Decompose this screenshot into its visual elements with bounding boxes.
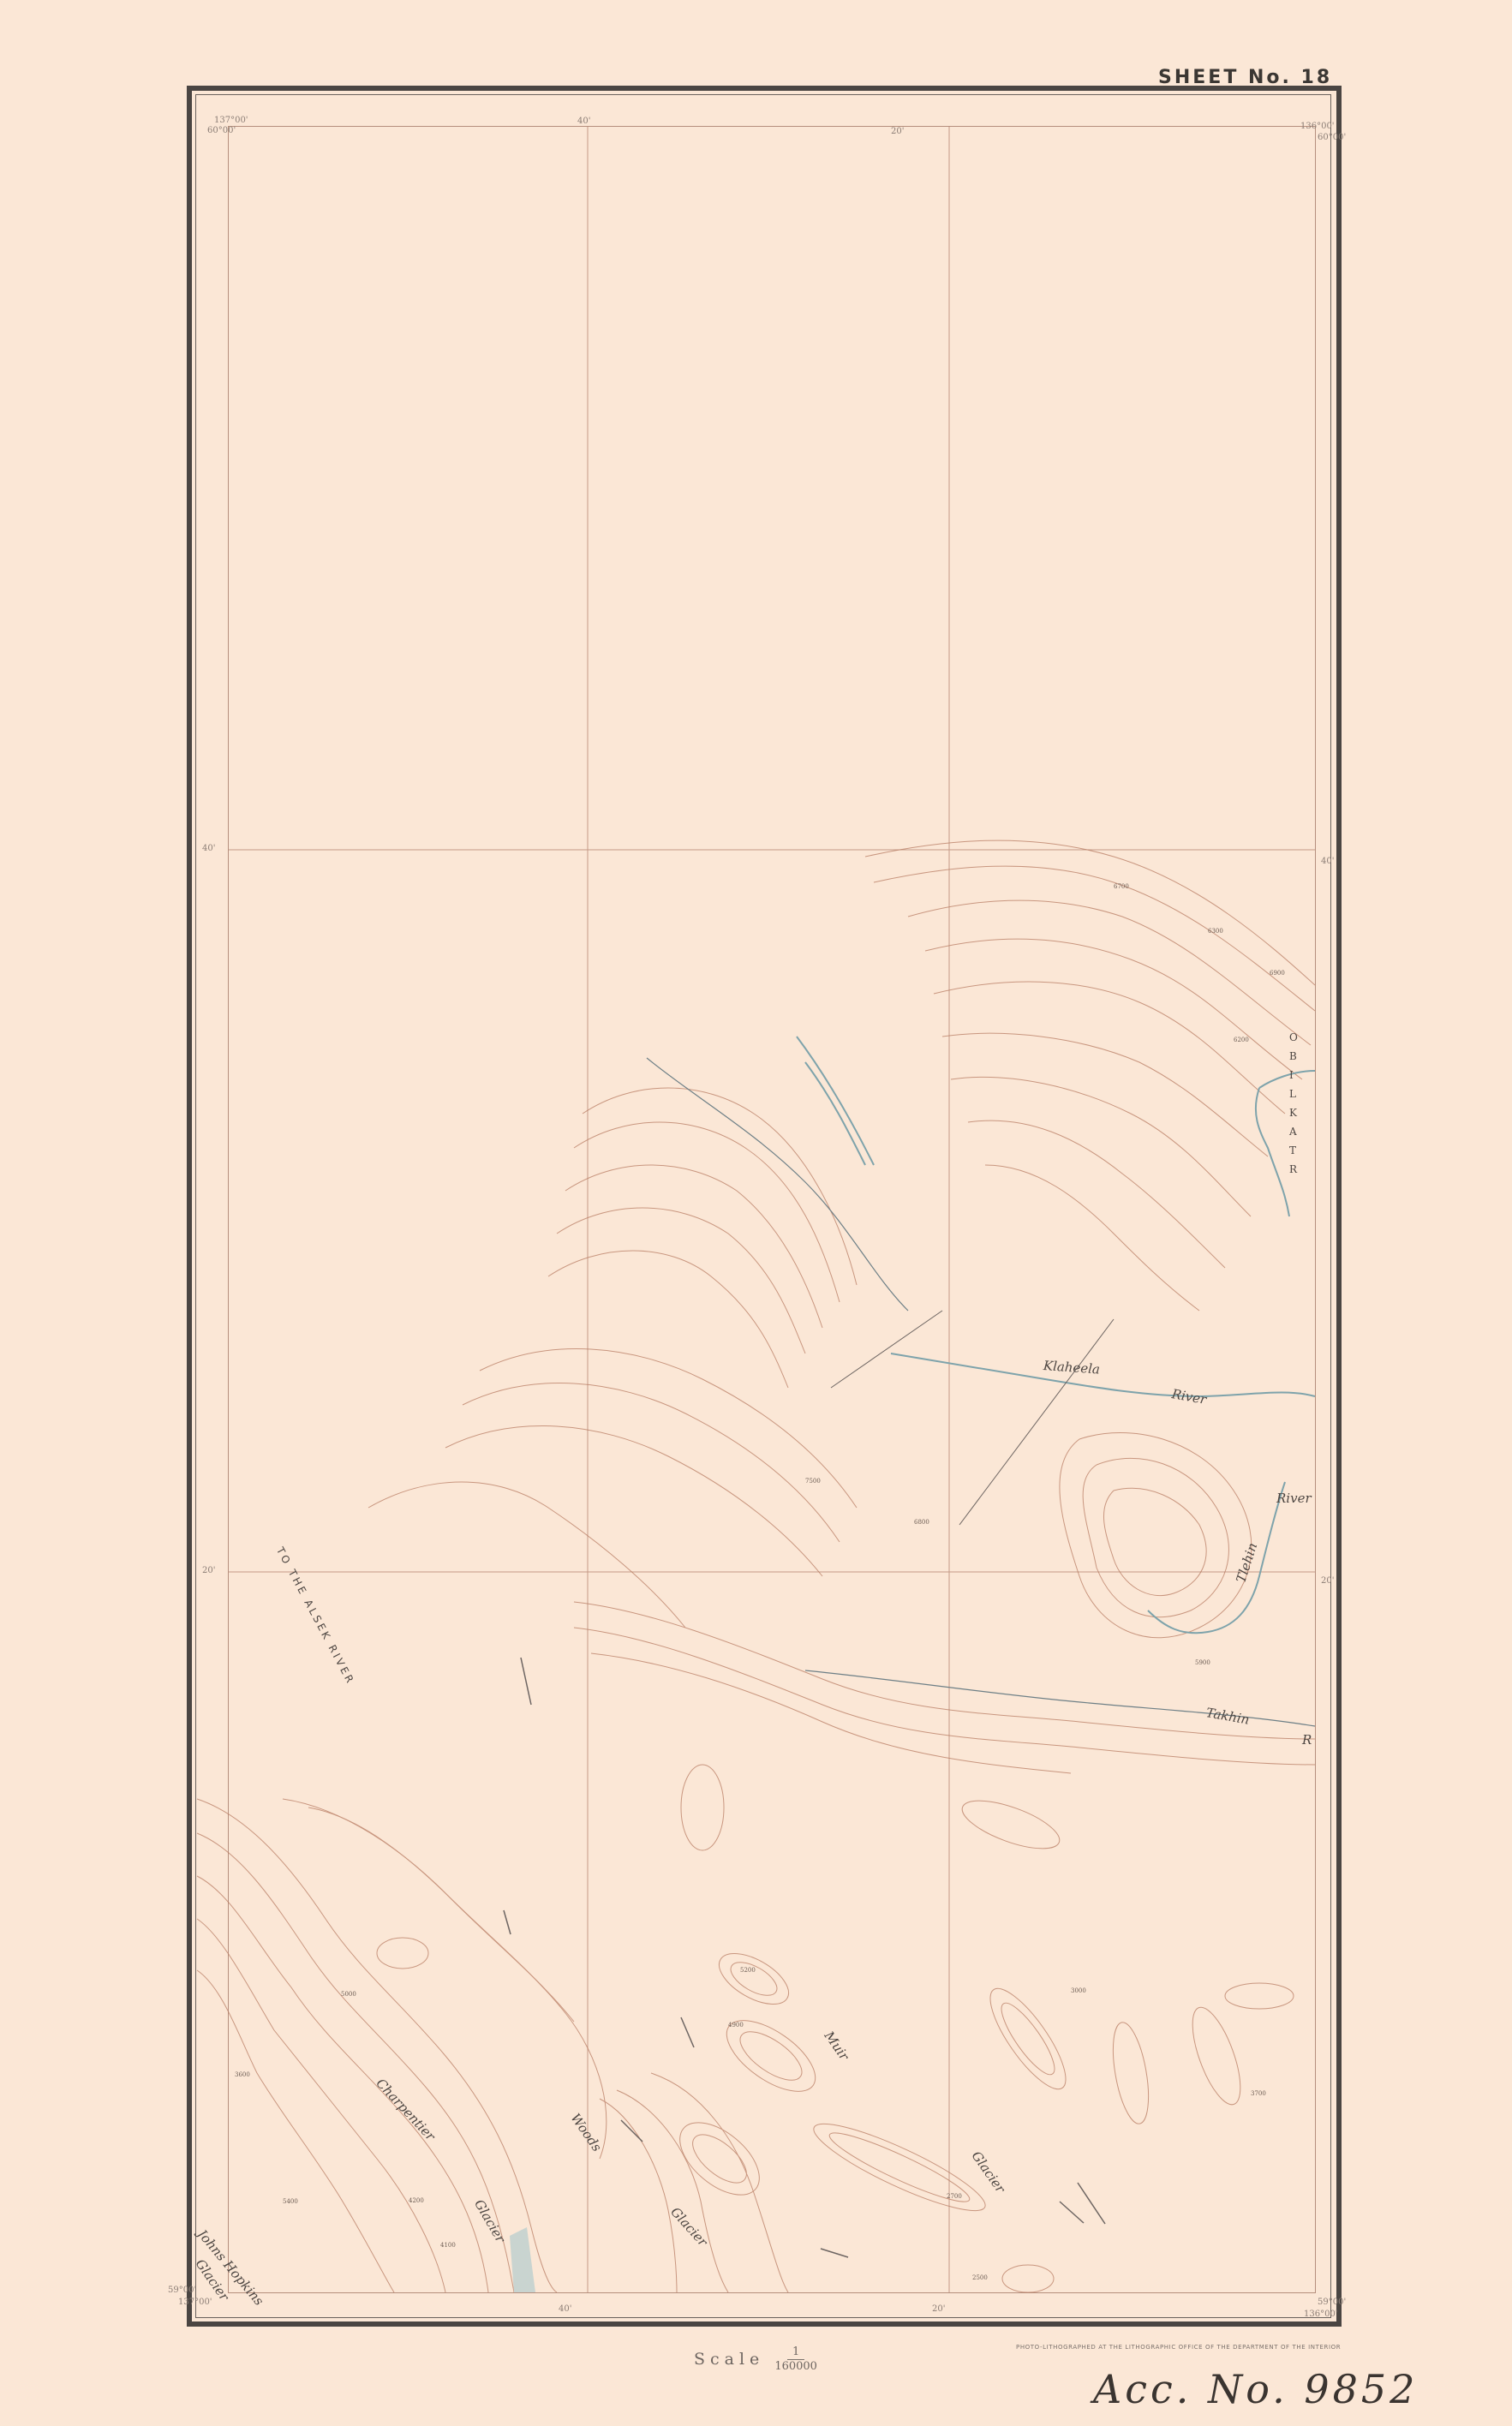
coord-bottom-20: 20' xyxy=(932,2304,945,2314)
elevation-label: 2500 xyxy=(972,2274,988,2281)
coord-bottom-left-lat: 59°00' xyxy=(168,2286,196,2295)
scale-denominator: 160000 xyxy=(774,2360,817,2373)
coord-bottom-right-lat: 59°00' xyxy=(1318,2298,1346,2307)
elevation-label: 7500 xyxy=(805,1478,821,1485)
elevation-label: 4100 xyxy=(440,2242,456,2249)
scale-numerator: 1 xyxy=(787,2345,804,2360)
coord-right-40: 40' xyxy=(1321,857,1334,866)
elevation-label: 5900 xyxy=(1195,1659,1210,1666)
elevation-label: 5400 xyxy=(283,2198,298,2205)
elevation-label: 4900 xyxy=(728,2022,744,2029)
coord-top-right-lat: 60°00' xyxy=(1318,133,1346,142)
scale-word: Scale xyxy=(694,2350,764,2369)
contour-lines xyxy=(197,840,1315,2292)
coord-top-right-lon: 136°00' xyxy=(1300,122,1335,131)
topographic-map xyxy=(0,0,1512,2426)
scale-fraction: 1 160000 xyxy=(774,2345,817,2373)
elevation-label: 3600 xyxy=(235,2071,250,2078)
lithograph-credit: PHOTO-LITHOGRAPHED AT THE LITHOGRAPHIC O… xyxy=(1016,2344,1341,2351)
elevation-label: 6200 xyxy=(1234,1037,1249,1043)
coord-top-left-lat: 60°00' xyxy=(207,126,236,135)
elevation-label: 2700 xyxy=(947,2193,962,2200)
coord-top-40: 40' xyxy=(577,117,590,126)
coord-left-20: 20' xyxy=(202,1566,215,1575)
elevation-label: 6300 xyxy=(1208,928,1223,935)
label-chilkat-vertical: O B I L K A T R xyxy=(1289,1028,1301,1179)
rivers xyxy=(797,1037,1315,1633)
coord-top-20: 20' xyxy=(891,127,904,136)
elevation-label: 4200 xyxy=(409,2197,424,2204)
accession-number: Acc. No. 9852 xyxy=(1093,2366,1418,2412)
coord-bottom-40: 40' xyxy=(559,2304,571,2314)
coord-right-20: 20' xyxy=(1321,1576,1334,1586)
elevation-label: 3000 xyxy=(1071,1987,1086,1994)
glacier-flow-arrows xyxy=(504,1658,1105,2257)
elevation-label: 6800 xyxy=(914,1519,929,1526)
lake xyxy=(510,2227,535,2292)
tahkin-river xyxy=(647,1058,1315,1726)
elevation-label: 5000 xyxy=(341,1991,356,1998)
elevation-label: 3700 xyxy=(1251,2090,1266,2097)
coord-bottom-left-lon: 137°00' xyxy=(178,2298,212,2307)
label-tlehini-river: River xyxy=(1276,1491,1312,1506)
coord-bottom-right-lon: 136°00' xyxy=(1304,2309,1338,2319)
coord-top-left-lon: 137°00' xyxy=(214,116,248,125)
coord-left-40: 40' xyxy=(202,844,215,853)
elevation-label: 5200 xyxy=(740,1967,756,1974)
map-scale: Scale 1 160000 xyxy=(694,2345,817,2373)
label-takhin-r: R xyxy=(1302,1732,1312,1748)
survey-lines xyxy=(831,1311,1114,1525)
elevation-label: 6900 xyxy=(1270,970,1285,977)
elevation-label: 6700 xyxy=(1114,883,1129,890)
